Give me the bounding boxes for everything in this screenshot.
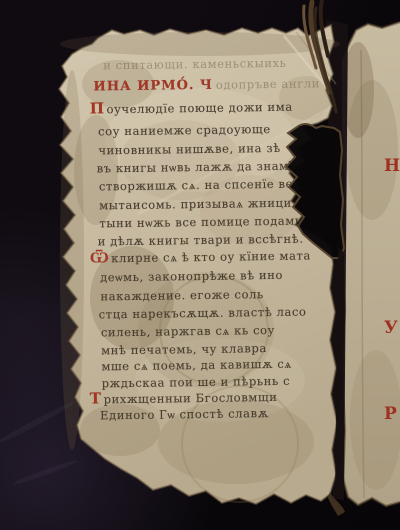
manuscript-line: тыни нѡжь все помице подамь xyxy=(99,214,301,231)
rubric-initial: П xyxy=(90,99,105,117)
facing-page-letter: У xyxy=(384,318,398,338)
manuscript-line: соу наниемже срадоующе xyxy=(98,122,271,138)
manuscript-line: мше сѧ поемь, да кавишѫ сѧ xyxy=(101,357,292,374)
rubric-heading: ИНА ИРМО́. Ч xyxy=(93,78,213,95)
manuscript-line: и спитающи. каменьскыихь xyxy=(103,56,286,73)
facing-page-letter: Н xyxy=(384,156,400,176)
manuscript-line: ИНА ИРМО́. Чодопръве англи xyxy=(93,76,320,94)
manuscript-line: силень, наржгав сѧ кь соу xyxy=(101,323,275,339)
manuscript-line: чиновникы нишѫве, ина зѣ xyxy=(98,141,280,158)
manuscript-line: и дѣлѫ книгы твари и вссѣгнѣ. xyxy=(98,232,304,249)
manuscript-line: деѡмь, законопрѣже вѣ ино xyxy=(100,268,283,285)
manuscript-line: Единого Гѡ спостѣ славѫ xyxy=(100,406,269,422)
manuscript-line: въ книгы нѡвь лажѫ да знамї xyxy=(97,159,294,176)
rubric-initial: Ѿ xyxy=(90,248,110,266)
manuscript-text: и спитающи. каменьскыихь ИНА ИРМО́. Чодо… xyxy=(0,0,400,530)
manuscript-line: мнѣ печатемь, чу клавра xyxy=(101,341,267,357)
manuscript-line: рждьскаа пои ше и пѣрьнь с xyxy=(102,374,291,391)
manuscript-line: Трихжщенныи Бгословмщи xyxy=(90,389,278,407)
manuscript-line: створжишѫ сѧ. на спсенїе ве xyxy=(99,177,293,194)
facing-page-letter: Р xyxy=(384,404,397,424)
manuscript-line: накаждение. егоже соль xyxy=(100,287,264,303)
manuscript-line: Поучелюдїе поюще дожи има xyxy=(90,99,293,117)
manuscript-line: Ѿклирне сѧ ѣ кто оу кїние мата xyxy=(90,247,311,265)
manuscript-photo: и спитающи. каменьскыихь ИНА ИРМО́. Чодо… xyxy=(0,0,400,530)
rubric-initial: Т xyxy=(90,389,102,407)
manuscript-line: стца нарекъсѫщѫ. властѣ ласо xyxy=(99,305,307,322)
manuscript-line: мытаисомь. призываѧ жници xyxy=(99,196,292,213)
